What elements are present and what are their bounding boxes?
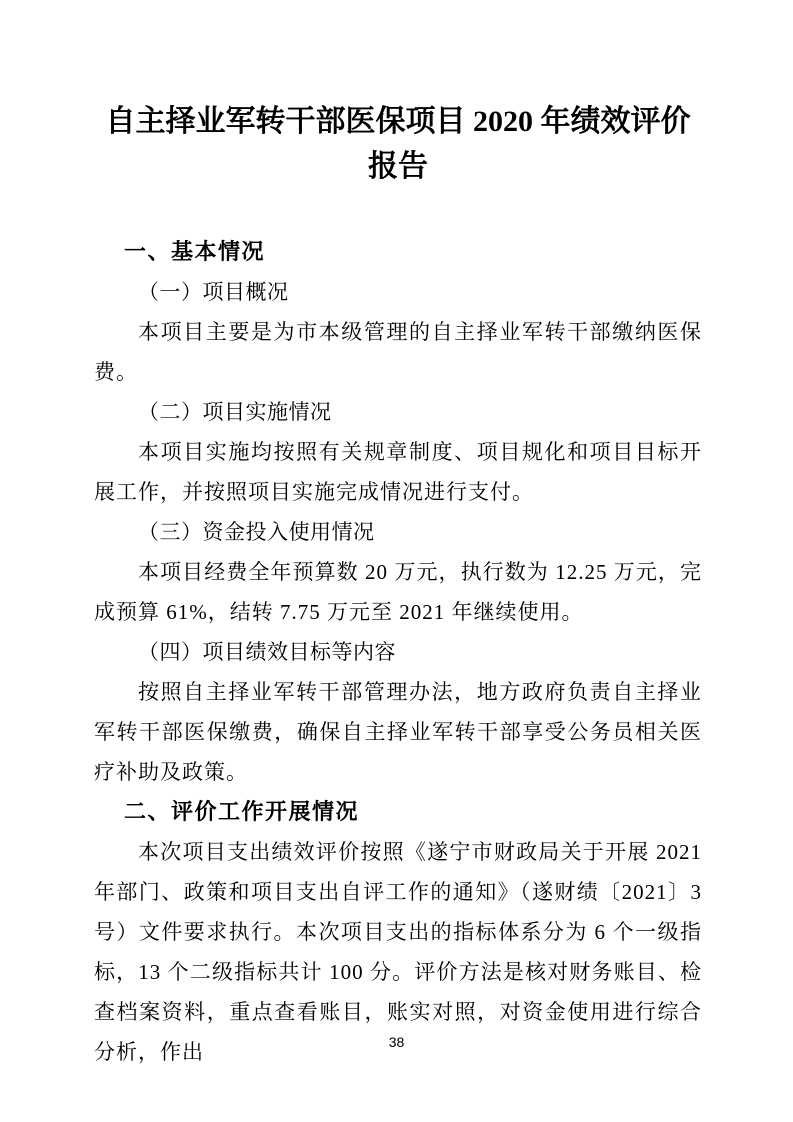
paragraph-project-overview: 本项目主要是为市本级管理的自主择业军转干部缴纳医保费。 [94,312,702,392]
section-heading-basic-info: 一、基本情况 [94,232,702,272]
subsection-heading-funding-usage: （三）资金投入使用情况 [94,512,702,552]
document-body: 自主择业军转干部医保项目 2020 年绩效评价报告 一、基本情况 （一）项目概况… [94,99,702,1072]
section-heading-evaluation-work: 二、评价工作开展情况 [94,792,702,832]
paragraph-performance-targets: 按照自主择业军转干部管理办法，地方政府负责自主择业军转干部医保缴费，确保自主择业… [94,672,702,792]
subsection-heading-project-overview: （一）项目概况 [94,272,702,312]
document-page: 自主择业军转干部医保项目 2020 年绩效评价报告 一、基本情况 （一）项目概况… [0,0,793,1122]
subsection-heading-performance-targets: （四）项目绩效目标等内容 [94,632,702,672]
paragraph-funding-usage: 本项目经费全年预算数 20 万元，执行数为 12.25 万元，完成预算 61%，… [94,552,702,632]
page-number: 38 [0,1034,793,1050]
paragraph-implementation: 本项目实施均按照有关规章制度、项目规化和项目目标开展工作，并按照项目实施完成情况… [94,432,702,512]
document-title: 自主择业军转干部医保项目 2020 年绩效评价报告 [94,99,702,189]
subsection-heading-implementation: （二）项目实施情况 [94,392,702,432]
